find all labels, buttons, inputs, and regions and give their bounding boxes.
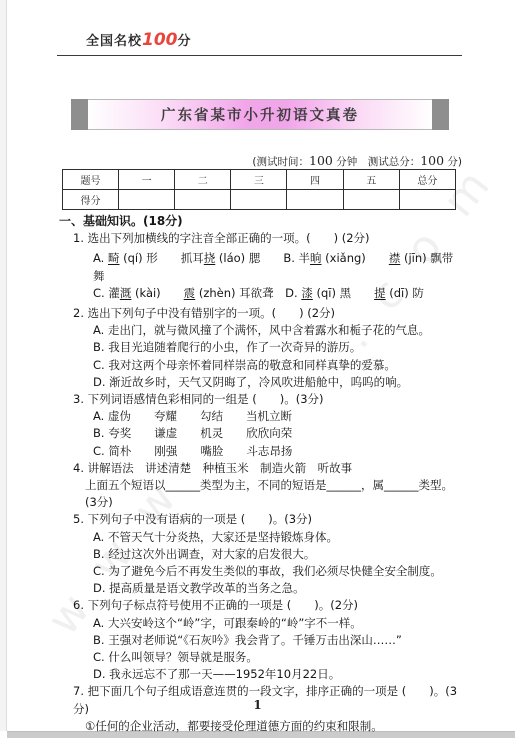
question-7-sentence-1: ①任何的企业活动，都要接受伦理道德方面的约束和限制。	[85, 718, 463, 735]
test-info-open: (测试时间：	[252, 156, 309, 168]
question-5-option: C. 为了避免今后不再发生类似的事故，我们必须尽快健全安全制度。	[93, 563, 463, 580]
test-total-label: 测试总分：	[357, 156, 420, 168]
section-heading: 一、基础知识。(18分)	[59, 213, 463, 230]
score-header-cell: 总分	[399, 170, 455, 190]
question-4-fill-blanks: 上面五个短语以______类型为主，不同的短语是______，属______类型…	[85, 477, 463, 511]
question-2-option: C. 我对这两个母亲怀着同样崇高的敬意和同样真挚的爱慕。	[93, 357, 463, 374]
question-5-option: D. 提高质量是语文教学改革的当务之急。	[93, 580, 463, 597]
score-blank-cell	[231, 190, 287, 210]
brand-suffix: 分	[178, 34, 192, 49]
question-3-option: B. 夸奖 谦虚 机灵 欣欣向荣	[93, 425, 463, 442]
score-header-cell: 四	[287, 170, 343, 190]
score-table-header-row: 题号 一 二 三 四 五 总分	[63, 170, 456, 190]
question-5-option: B. 经过这次外出调查，对大家的启发很大。	[93, 546, 463, 563]
page-left-edge	[0, 0, 7, 731]
page-number: 1	[0, 698, 515, 712]
banner-gradient: 广东省某市小升初语文真卷	[88, 99, 432, 130]
test-time-unit: 分钟	[333, 156, 357, 168]
question-4-stem: 4. 讲解语法 讲述清楚 种植玉米 制造火箭 听故事	[73, 460, 463, 477]
question-6-option: D. 我永远忘不了那一天——1952年10月22日。	[93, 666, 463, 683]
question-6-stem: 6. 下列句子标点符号使用不正确的一项是 ( )。(2分)	[73, 597, 463, 614]
question-6-option: B. 王强对老师说“《石灰吟》我会背了。千锤万击出深山……”	[93, 632, 463, 649]
question-6-option: C. 什么叫领导？领导就是服务。	[93, 649, 463, 666]
test-total-value: 100	[420, 153, 444, 168]
score-header-cell: 三	[231, 170, 287, 190]
question-3-option: C. 简朴 刚强 嘴脸 斗志昂扬	[93, 443, 463, 460]
score-header-cell: 一	[119, 170, 175, 190]
brand-logo: 全国名校100分	[86, 30, 192, 50]
question-2-stem: 2. 选出下列句子中没有错别字的一项。( ) (2分)	[73, 305, 463, 322]
question-3-option: A. 虚伪 夸耀 勾结 当机立断	[93, 408, 463, 425]
score-table: 题号 一 二 三 四 五 总分 得分	[62, 169, 456, 210]
score-row-label: 得分	[63, 190, 119, 210]
test-info: (测试时间：100 分钟 测试总分：100 分)	[252, 153, 462, 169]
header-rule	[57, 55, 462, 56]
brand-number: 100	[142, 30, 178, 50]
question-2-option: D. 渐近故乡时，天气又阴晦了，冷风吹进船舱中，呜呜的响。	[93, 374, 463, 391]
score-blank-cell	[399, 190, 455, 210]
question-5-option: A. 不管天气十分炎热，大家还是坚持锻炼身体。	[93, 529, 463, 546]
score-blank-cell	[287, 190, 343, 210]
exam-paper-page: . c o m w w w 全国名校100分 广东省某市小升初语文真卷 (测试时…	[0, 0, 515, 738]
question-1-stem: 1. 选出下列加横线的字注音全部正确的一项。( ) (2分)	[73, 230, 463, 247]
score-blank-cell	[343, 190, 399, 210]
score-blank-cell	[175, 190, 231, 210]
exam-body: 一、基础知识。(18分) 1. 选出下列加横线的字注音全部正确的一项。( ) (…	[59, 213, 463, 735]
score-header-cell: 二	[175, 170, 231, 190]
title-banner: 广东省某市小升初语文真卷	[71, 99, 449, 130]
score-header-cell: 题号	[63, 170, 119, 190]
question-6-option: A. 大兴安岭这个“岭”字，可跟秦岭的“岭”字不一样。	[93, 615, 463, 632]
question-2-option: B. 我目光追随着爬行的小虫，作了一次奇异的游历。	[93, 339, 463, 356]
question-2-option: A. 走出门，就与微风撞了个满怀，风中含着露水和栀子花的气息。	[93, 322, 463, 339]
score-blank-cell	[119, 190, 175, 210]
banner-left-cap	[71, 99, 88, 130]
brand-prefix: 全国名校	[86, 34, 142, 49]
test-info-close: 分)	[444, 156, 462, 168]
question-3-stem: 3. 下列词语感情色彩相同的一组是 ( )。(3分)	[73, 391, 463, 408]
score-table-score-row: 得分	[63, 190, 456, 210]
score-header-cell: 五	[343, 170, 399, 190]
question-1-options-line-1: A. 畸 (qí) 形 抓耳挠 (láo) 腮 B. 半晌 (xiǎng) 襟 …	[93, 250, 463, 284]
test-time-value: 100	[309, 153, 333, 168]
question-1-options-line-2: C. 灌溉 (kài) 震 (zhèn) 耳欲聋 D. 漆 (qī) 黑 提 (…	[93, 285, 463, 302]
banner-right-cap	[432, 99, 449, 130]
question-5-stem: 5. 下列句子中没有语病的一项是 ( )。(3分)	[73, 511, 463, 528]
page-title: 广东省某市小升初语文真卷	[161, 104, 359, 125]
